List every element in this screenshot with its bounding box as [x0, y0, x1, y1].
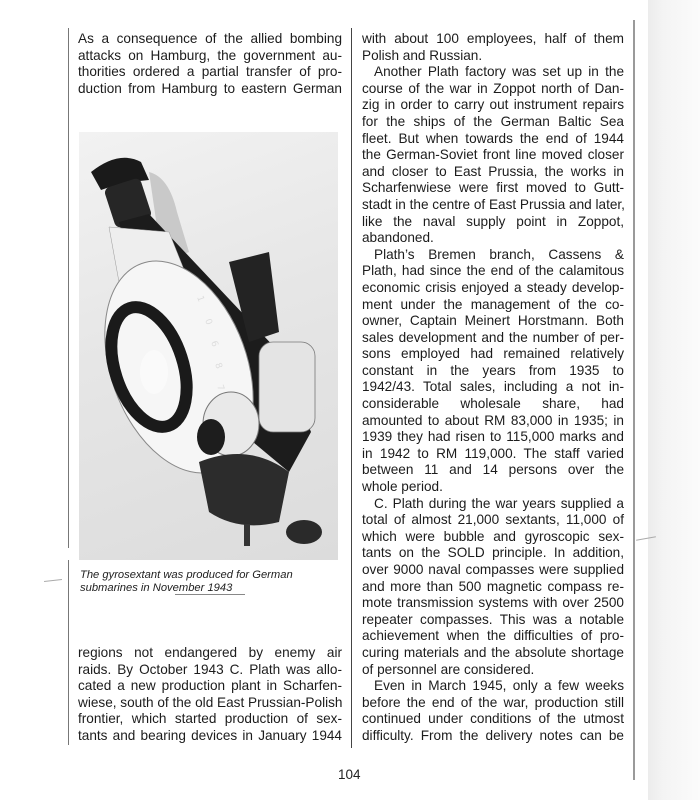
text-line: like the naval supply point in Zoppot,	[362, 214, 624, 231]
text-line: the German-Soviet front line moved close…	[362, 147, 624, 164]
text-line: tants and bearing devices in January 194…	[78, 728, 342, 745]
text-line: 1939 they had risen to 115,000 marks and	[362, 429, 624, 446]
text-line: difficulty. From the delivery notes can …	[362, 728, 624, 745]
text-line: wiese, south of the old East Prussian-Po…	[78, 695, 342, 712]
text-line: As a consequence of the allied bombing	[78, 31, 342, 48]
text-line: repeater compasses. This was a notable	[362, 612, 624, 629]
text-line: before the end of the war, production st…	[362, 695, 624, 712]
text-line: in 1942 to RM 119,000. The staff varied	[362, 446, 624, 463]
text-line: Even in March 1945, only a few weeks	[362, 678, 624, 695]
right-margin-rule	[633, 20, 635, 780]
caption-underline-mark	[175, 594, 245, 595]
text-line: constant in the years from 1935 to	[362, 363, 624, 380]
text-line: and closer to East Prussia, the works in	[362, 164, 624, 181]
text-line: of personnel are considered.	[362, 662, 624, 679]
text-line: frontier, which started production of se…	[78, 711, 342, 728]
text-line: economic crisis enjoyed a steady develop…	[362, 280, 624, 297]
text-line: between 11 and 14 persons over the	[362, 462, 624, 479]
text-line: for the ships of the German Baltic Sea	[362, 114, 624, 131]
text-line: regions not endangered by enemy air	[78, 645, 342, 662]
text-line: C. Plath during the war years supplied a	[362, 496, 624, 513]
page-edge-shadow	[648, 0, 700, 800]
text-line: considerable wholesale share, had	[362, 396, 624, 413]
text-line: curing materials and the absolute shorta…	[362, 645, 624, 662]
page-number: 104	[338, 767, 361, 782]
right-column-text: with about 100 employees, half of themPo…	[362, 31, 624, 745]
text-line: 1942/43. Total sales, including a not in…	[362, 379, 624, 396]
text-line: amounted to about RM 83,000 in 1935; in	[362, 413, 624, 430]
text-line: Plath’s Bremen branch, Cassens &	[362, 247, 624, 264]
caption-line: The gyrosextant was produced for German	[80, 569, 350, 582]
text-line: which were bubble and gyroscopic sex-	[362, 529, 624, 546]
text-line: ment under the management of the co-	[362, 297, 624, 314]
text-line: attacks on Hamburg, the government au-	[78, 48, 342, 65]
text-line: abandoned.	[362, 230, 624, 247]
text-line: sons employed had remained relatively	[362, 346, 624, 363]
text-line: duction from Hamburg to eastern German	[78, 81, 342, 98]
figure-caption: The gyrosextant was produced for German …	[80, 569, 350, 595]
gyrosextant-photo: 1 0 6 8 7	[79, 132, 338, 560]
left-margin-rule-lower	[68, 560, 69, 745]
text-line: tants on the SOLD principle. In addition…	[362, 545, 624, 562]
text-line: over 9000 naval compasses were supplied	[362, 562, 624, 579]
gyrosextant-illustration: 1 0 6 8 7	[79, 132, 338, 560]
left-column-bottom-text: regions not endangered by enemy air raid…	[78, 645, 342, 745]
text-line: fleet. But when towards the end of 1944	[362, 131, 624, 148]
text-line: mote transmission systems with over 2500	[362, 595, 624, 612]
text-line: whole period.	[362, 479, 624, 496]
text-line: Scharfenwiese were first moved to Gutt-	[362, 180, 624, 197]
text-line: and more than 500 magnetic compass re-	[362, 579, 624, 596]
text-line: Another Plath factory was set up in the	[362, 64, 624, 81]
text-line: owner, Captain Meinert Horstmann. Both	[362, 313, 624, 330]
text-line: with about 100 employees, half of them	[362, 31, 624, 48]
text-line: sales development and the number of per-	[362, 330, 624, 347]
text-line: total of almost 21,000 sextants, 11,000 …	[362, 512, 624, 529]
text-line: continued under conditions of the utmost	[362, 711, 624, 728]
text-line: Plath, had since the end of the calamito…	[362, 263, 624, 280]
text-line: Polish and Russian.	[362, 48, 624, 65]
text-line: cated a new production plant in Scharfen…	[78, 678, 342, 695]
text-line: stadt in the centre of East Prussia and …	[362, 197, 624, 214]
text-line: course of the war in Zoppot north of Dan…	[362, 81, 624, 98]
left-margin-rule	[68, 28, 69, 548]
text-line: raids. By October 1943 C. Plath was allo…	[78, 662, 342, 679]
left-column-top-text: As a consequence of the allied bombing a…	[78, 31, 342, 97]
column-divider-rule	[351, 28, 352, 748]
margin-mark	[44, 579, 62, 582]
text-line: achievement when the difficulties of pro…	[362, 628, 624, 645]
text-line: thorities ordered a partial transfer of …	[78, 64, 342, 81]
text-line: zig in order to carry out instrument rep…	[362, 97, 624, 114]
